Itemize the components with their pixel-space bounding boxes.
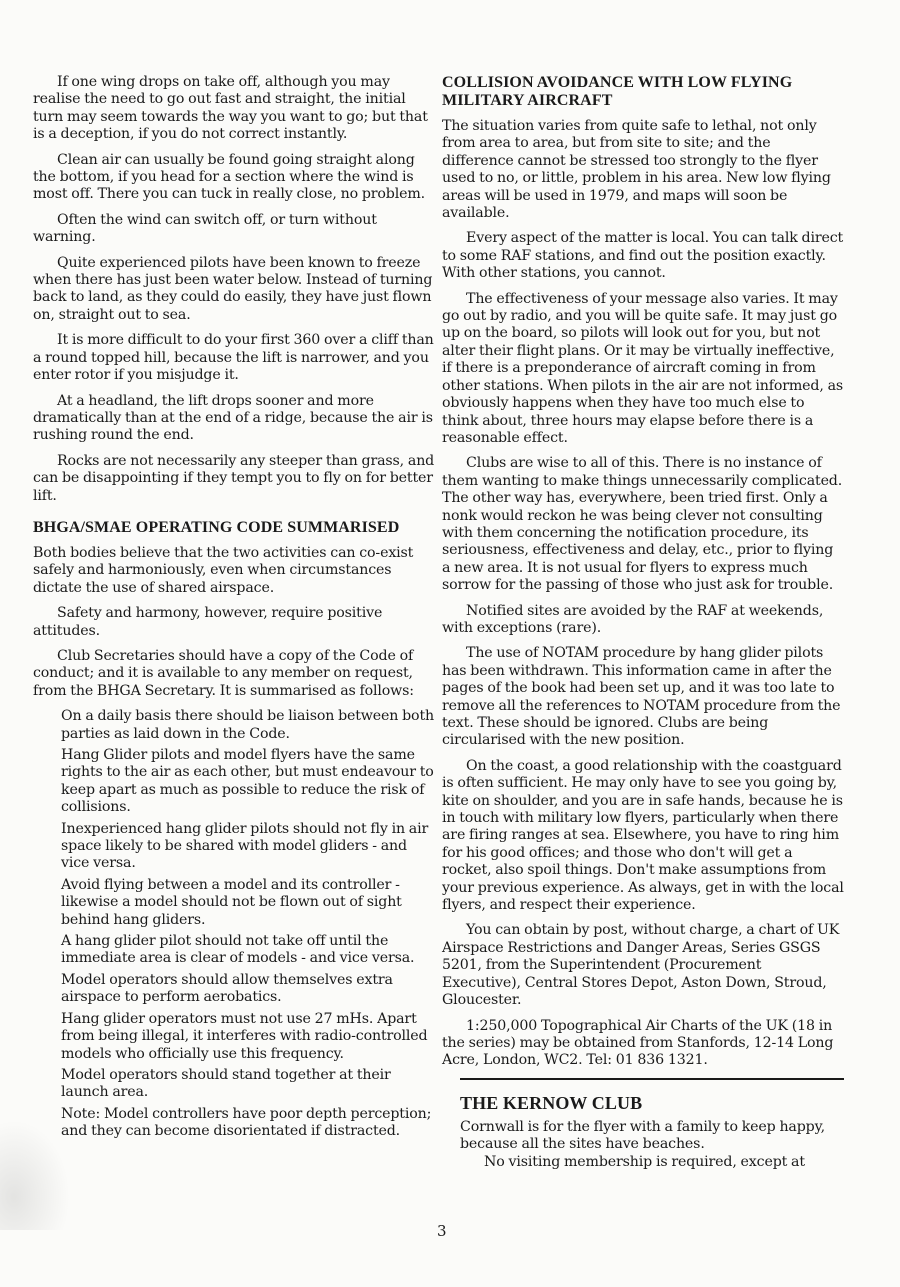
- paragraph: Clubs are wise to all of this. There is …: [442, 455, 844, 594]
- paragraph: The effectiveness of your message also v…: [442, 291, 844, 448]
- paragraph: Rocks are not necessarily any steeper th…: [33, 453, 438, 505]
- paragraph: The situation varies from quite safe to …: [442, 118, 844, 222]
- paragraph: Safety and harmony, however, require pos…: [33, 605, 438, 640]
- paragraph: Clean air can usually be found going str…: [33, 152, 438, 204]
- kernow-club-section: THE KERNOW CLUB Cornwall is for the flye…: [442, 1094, 844, 1171]
- code-rules-list: On a daily basis there should be liaison…: [33, 708, 438, 1140]
- paragraph: Often the wind can switch off, or turn w…: [33, 212, 438, 247]
- left-column: If one wing drops on take off, although …: [33, 74, 438, 1145]
- page-number: 3: [437, 1222, 447, 1240]
- document-page: If one wing drops on take off, although …: [0, 0, 900, 1287]
- code-rule-item: Hang glider operators must not use 27 mH…: [61, 1011, 438, 1063]
- paragraph: Every aspect of the matter is local. You…: [442, 230, 844, 282]
- paragraph: Both bodies believe that the two activit…: [33, 545, 438, 597]
- paragraph: Quite experienced pilots have been known…: [33, 255, 438, 325]
- code-rule-item: Hang Glider pilots and model flyers have…: [61, 747, 438, 817]
- paragraph: You can obtain by post, without charge, …: [442, 922, 844, 1009]
- paragraph: Notified sites are avoided by the RAF at…: [442, 603, 844, 638]
- paragraph: At a headland, the lift drops sooner and…: [33, 393, 438, 445]
- code-rule-item: Model operators should stand together at…: [61, 1067, 438, 1102]
- code-rule-item: On a daily basis there should be liaison…: [61, 708, 438, 743]
- section-heading: BHGA/SMAE OPERATING CODE SUMMARISED: [33, 519, 438, 537]
- section-heading: COLLISION AVOIDANCE WITH LOW FLYING MILI…: [442, 74, 844, 110]
- code-rule-item: Model operators should allow themselves …: [61, 972, 438, 1007]
- section-divider: [460, 1078, 844, 1080]
- code-rule-item: A hang glider pilot should not take off …: [61, 933, 438, 968]
- code-rule-item: Inexperienced hang glider pilots should …: [61, 821, 438, 873]
- paragraph: Club Secretaries should have a copy of t…: [33, 648, 438, 700]
- operating-code-section: BHGA/SMAE OPERATING CODE SUMMARISED Both…: [33, 519, 438, 1141]
- paragraph: On the coast, a good relationship with t…: [442, 758, 844, 915]
- paragraph: 1:250,000 Topographical Air Charts of th…: [442, 1018, 844, 1070]
- section-heading: THE KERNOW CLUB: [460, 1094, 844, 1112]
- collision-avoidance-section: COLLISION AVOIDANCE WITH LOW FLYING MILI…: [442, 74, 844, 1070]
- paragraph: The use of NOTAM procedure by hang glide…: [442, 645, 844, 749]
- paragraph: Cornwall is for the flyer with a family …: [460, 1119, 844, 1154]
- paragraph: No visiting membership is required, exce…: [460, 1154, 844, 1171]
- right-column: COLLISION AVOIDANCE WITH LOW FLYING MILI…: [442, 74, 844, 1171]
- code-rule-item: Note: Model controllers have poor depth …: [61, 1106, 438, 1141]
- paragraph: It is more difficult to do your first 36…: [33, 332, 438, 384]
- paragraph: If one wing drops on take off, although …: [33, 74, 438, 144]
- code-rule-item: Avoid flying between a model and its con…: [61, 877, 438, 929]
